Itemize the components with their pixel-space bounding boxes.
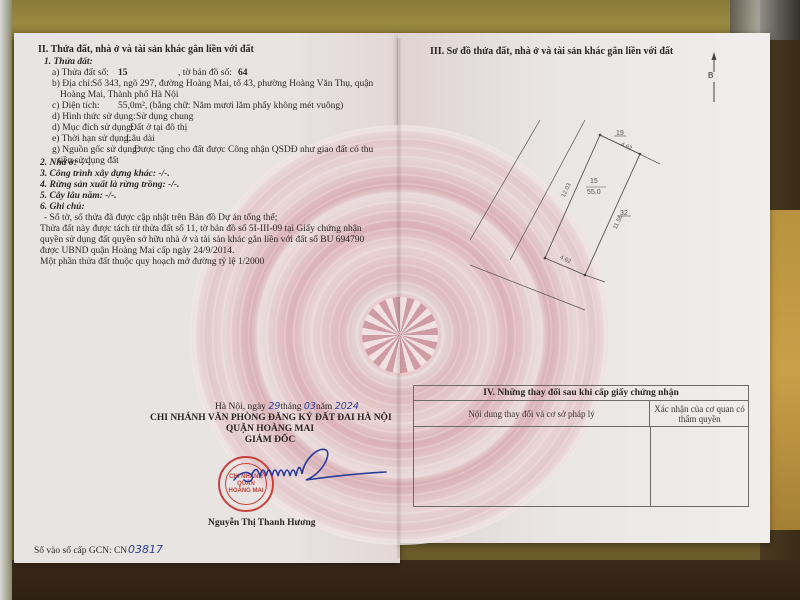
usage-purpose-value: Đất ở tại đô thị <box>130 123 187 135</box>
usage-purpose-label: d) Mục đích sử dụng: <box>52 123 134 135</box>
production-forest-item: 4. Rừng sản xuất là rừng trồng: -/-. <box>40 180 179 192</box>
north-label: B <box>708 70 713 82</box>
left-edge-object <box>0 0 12 600</box>
registry-number: 03817 <box>128 544 163 556</box>
parcel-number-label-diagram: 15 <box>590 176 598 188</box>
parcel-diagram <box>470 120 730 320</box>
section-ii-title: II. Thửa đất, nhà ở và tài sản khác gắn … <box>38 44 254 56</box>
parcel-area-label-diagram: 55.0 <box>587 187 601 199</box>
origin-value-line1: Được tặng cho đất được Công nhận QSDĐ nh… <box>134 145 373 157</box>
wooden-edge <box>770 210 800 530</box>
changes-table-title: IV. Những thay đổi sau khi cấp giấy chứn… <box>414 386 748 401</box>
origin-label: g) Nguồn gốc sử dụng: <box>52 145 139 157</box>
usage-form-value: Sử dụng chung <box>136 112 193 124</box>
usage-term-value: Lâu dài <box>126 134 155 146</box>
address-label: b) Địa chỉ: <box>52 79 93 91</box>
map-sheet-label: , tờ bản đồ số: <box>178 68 232 80</box>
note-line-3: quyền sử dụng đất quyền sở hữu nhà ở và … <box>40 235 364 247</box>
signing-date-line: Hà Nội, ngày 29tháng 03năm 2024 <box>215 401 359 414</box>
signing-day: 29 <box>268 401 280 412</box>
page-fold <box>396 38 402 558</box>
note-line-4: được UBND quận Hoàng Mai cấp ngày 24/9/2… <box>40 246 234 258</box>
house-item-row: 2. Nhà ở: -/-. <box>40 158 91 170</box>
neighbor-parcel-top: 19 <box>616 128 624 140</box>
section-iii-title: III. Sơ đồ thửa đất, nhà ở và tài sản kh… <box>430 46 673 58</box>
signing-year: 2024 <box>335 401 359 412</box>
note-line-2: Thửa đất này được tách từ thửa đất số 11… <box>40 224 362 236</box>
registry-label: Số vào số cấp GCN: CN <box>34 546 127 558</box>
table-surface-bottom <box>0 560 800 600</box>
signing-month: 03 <box>304 401 316 412</box>
parcel-number-value: 15 <box>118 68 128 80</box>
notes-heading: 6. Ghi chú: <box>40 202 85 214</box>
perennial-trees-item: 5. Cây lâu năm: -/-. <box>40 191 117 203</box>
usage-term-label: e) Thời hạn sử dụng: <box>52 134 131 146</box>
changes-col-content-header: Nội dung thay đổi và cơ sở pháp lý <box>414 401 650 427</box>
address-value-line1: Số 343, ngõ 297, đường Hoàng Mai, tổ 43,… <box>92 79 373 91</box>
address-value-line2: Hoàng Mai, Thành phố Hà Nội <box>60 90 179 102</box>
place-prefix: Hà Nội, ngày <box>215 402 266 412</box>
map-sheet-value: 64 <box>238 68 248 80</box>
handwritten-signature <box>230 444 390 494</box>
changes-table-divider <box>650 427 651 506</box>
parcel-number-label: a) Thửa đất số: <box>52 68 109 80</box>
issuing-org-line2: QUẬN HOÀNG MAI <box>150 424 390 436</box>
changes-table: IV. Những thay đổi sau khi cấp giấy chứn… <box>413 385 749 507</box>
area-label: c) Diện tích: <box>52 101 99 113</box>
note-line-1: - Số tờ, số thửa đã được cập nhật trên B… <box>44 213 277 225</box>
area-value: 55,0m², (bằng chữ: Năm mươi lăm phẩy khô… <box>118 101 343 113</box>
other-construction-item: 3. Công trình xây dựng khác: -/-. <box>40 169 170 181</box>
signer-name: Nguyễn Thị Thanh Hương <box>208 518 316 530</box>
changes-col-confirmation-header: Xác nhận của cơ quan có thẩm quyền <box>650 401 749 427</box>
month-label: tháng <box>280 402 301 412</box>
usage-form-label: d) Hình thức sử dụng: <box>52 112 136 124</box>
land-parcel-heading: 1. Thửa đất: <box>44 57 93 69</box>
issuing-org-line1: CHI NHÁNH VĂN PHÒNG ĐĂNG KÝ ĐẤT ĐAI HÀ N… <box>150 413 390 425</box>
year-label: năm <box>316 402 332 412</box>
note-line-5: Một phần thửa đất thuộc quy hoạch mở đườ… <box>40 257 264 269</box>
